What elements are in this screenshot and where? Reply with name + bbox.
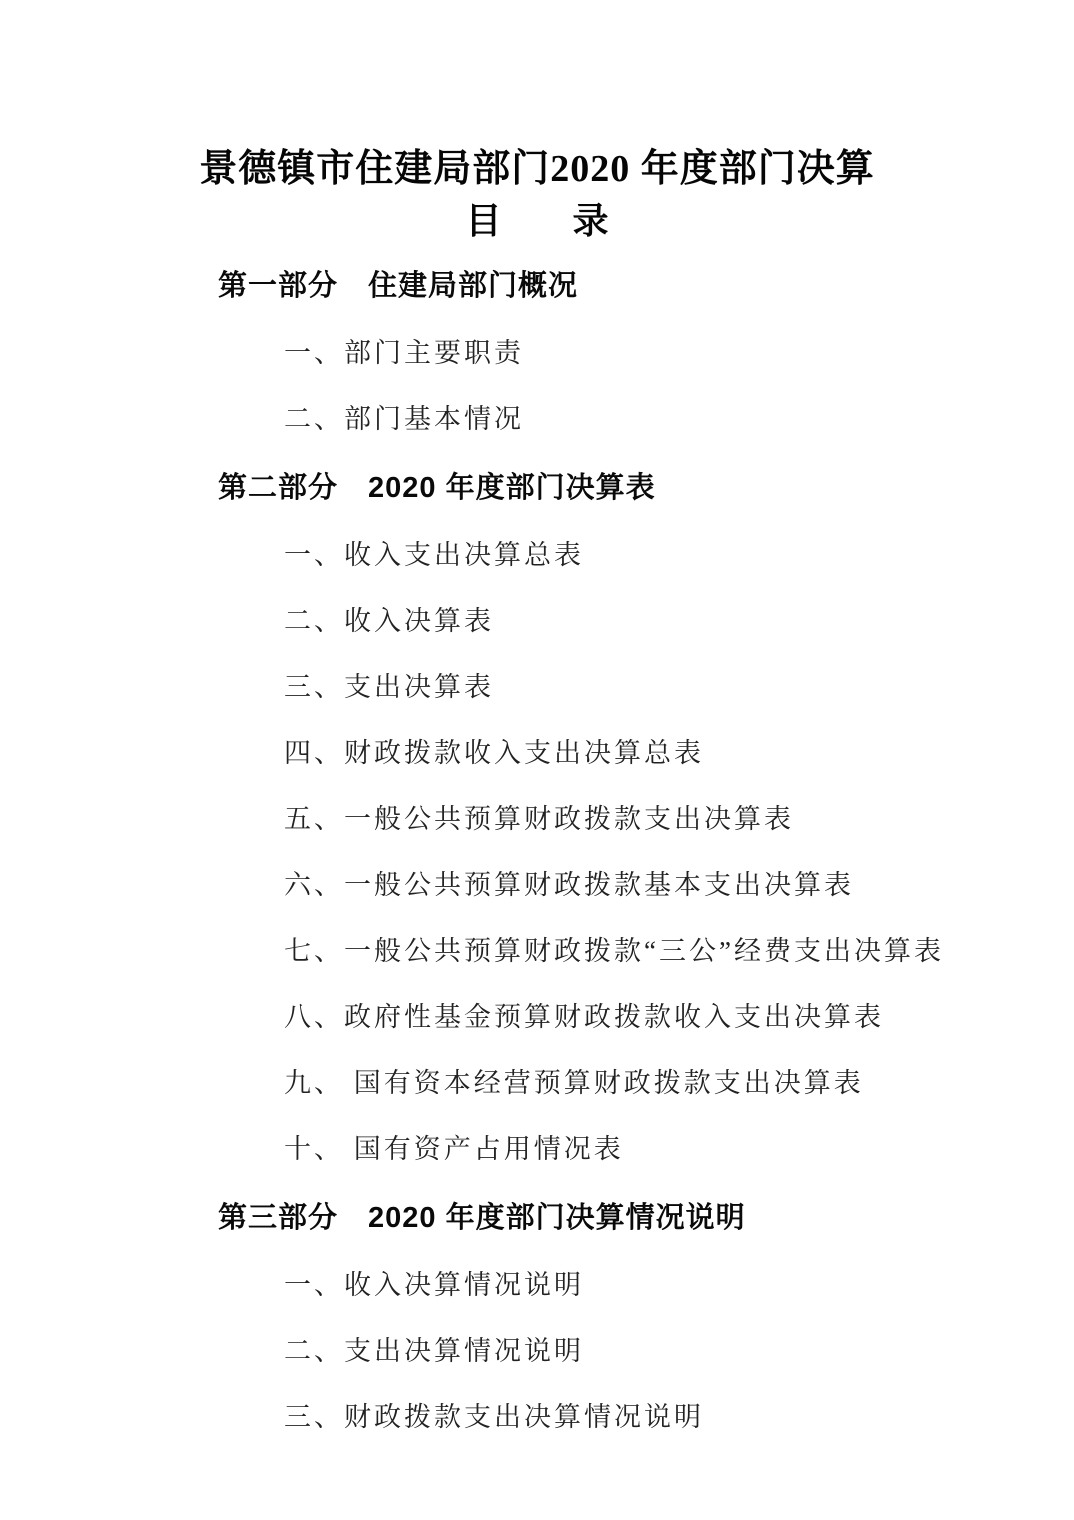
toc-item: 十、 国有资产占用情况表	[284, 1133, 1074, 1165]
toc-item: 九、 国有资本经营预算财政拨款支出决算表	[284, 1067, 1074, 1099]
toc-item: 八、政府性基金预算财政拨款收入支出决算表	[284, 1001, 1074, 1033]
toc-item: 二、收入决算表	[284, 605, 1074, 637]
toc-item: 二、部门基本情况	[284, 403, 1074, 435]
toc-heading: 目 录	[0, 199, 1074, 243]
toc-item: 一、收入支出决算总表	[284, 539, 1074, 571]
toc-item: 六、一般公共预算财政拨款基本支出决算表	[284, 869, 1074, 901]
toc-item: 三、财政拨款支出决算情况说明	[284, 1401, 1074, 1433]
document-page: 景德镇市住建局部门2020 年度部门决算 目 录 第一部分 住建局部门概况 一、…	[0, 0, 1074, 1520]
toc-body: 第一部分 住建局部门概况 一、部门主要职责 二、部门基本情况 第二部分 2020…	[0, 269, 1074, 1433]
section-3-title: 2020 年度部门决算情况说明	[368, 1201, 746, 1235]
toc-item: 三、支出决算表	[284, 671, 1074, 703]
toc-item: 五、一般公共预算财政拨款支出决算表	[284, 803, 1074, 835]
section-2-number: 第二部分	[218, 471, 338, 505]
toc-item: 一、收入决算情况说明	[284, 1269, 1074, 1301]
document-title: 景德镇市住建局部门2020 年度部门决算	[0, 145, 1074, 193]
toc-section-1-heading: 第一部分 住建局部门概况	[218, 269, 1074, 303]
section-2-title: 2020 年度部门决算表	[368, 471, 656, 505]
toc-section-2-heading: 第二部分 2020 年度部门决算表	[218, 471, 1074, 505]
toc-item: 四、财政拨款收入支出决算总表	[284, 737, 1074, 769]
section-1-title: 住建局部门概况	[368, 269, 578, 303]
toc-item: 七、一般公共预算财政拨款“三公”经费支出决算表	[284, 935, 1074, 967]
section-1-number: 第一部分	[218, 269, 338, 303]
toc-item: 二、支出决算情况说明	[284, 1335, 1074, 1367]
toc-item: 一、部门主要职责	[284, 337, 1074, 369]
toc-section-3-heading: 第三部分 2020 年度部门决算情况说明	[218, 1201, 1074, 1235]
section-3-number: 第三部分	[218, 1201, 338, 1235]
